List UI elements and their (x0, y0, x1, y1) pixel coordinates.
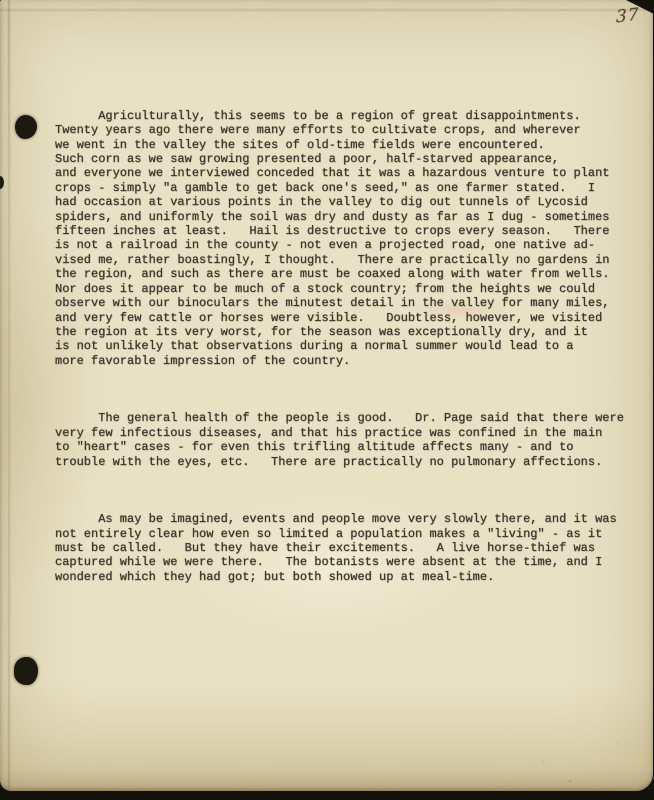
typewritten-text-block: Agriculturally, this seems to be a regio… (55, 80, 630, 613)
handwritten-page-number: 37 (616, 5, 640, 28)
paragraph-events: As may be imagined, events and people mo… (55, 512, 630, 584)
punch-hole-bottom (14, 657, 38, 685)
scanned-page-screen: 37 Agriculturally, this seems to be a re… (0, 0, 654, 800)
paragraph-health: The general health of the people is good… (55, 411, 630, 469)
manuscript-paper: 37 Agriculturally, this seems to be a re… (0, 0, 653, 791)
paragraph-agriculture: Agriculturally, this seems to be a regio… (55, 109, 630, 368)
